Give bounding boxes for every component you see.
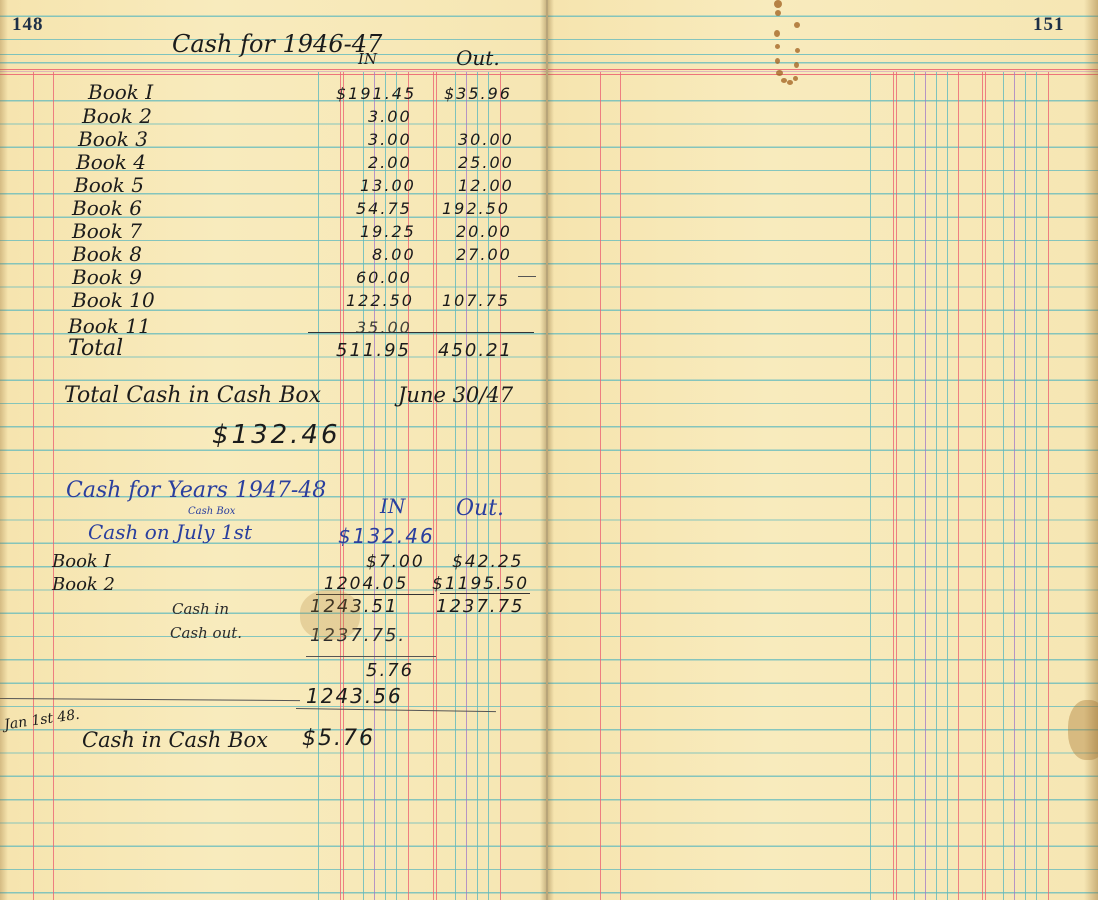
left-page: 148 Cash for 1946-47 IN Out. Book I $191…	[0, 0, 546, 900]
entry-out: 27.00	[456, 245, 512, 264]
entry-in: 35.00	[356, 318, 412, 337]
entry-in: $191.45	[336, 84, 416, 103]
entry-out: $35.96	[444, 84, 512, 103]
entry-out: 25.00	[458, 153, 514, 172]
difference: 5.76	[366, 660, 414, 681]
cash-box-date: June 30/47	[398, 383, 513, 407]
entry-in: 60.00	[356, 268, 412, 287]
entry-in: 13.00	[360, 176, 416, 195]
entry-label: Book 8	[72, 242, 142, 266]
entry-label: Book 3	[78, 127, 148, 151]
entry-in: 2.00	[368, 153, 412, 172]
entry-label: Book 5	[74, 173, 144, 197]
cash-box-amount: $132.46	[212, 420, 341, 450]
opening-insert: Cash Box	[188, 506, 235, 517]
entry-label: Book 2	[82, 104, 152, 128]
entry-out: $1195.50	[432, 574, 529, 594]
entry-out: 20.00	[456, 222, 512, 241]
column-header-out: Out.	[456, 46, 500, 70]
cash-box-note: Total Cash in Cash Box	[64, 383, 321, 408]
section-title: Cash for Years 1947-48	[66, 478, 326, 503]
entry-in: 8.00	[372, 245, 416, 264]
opening-in: $132.46	[338, 524, 435, 548]
calc-label: Cash out.	[170, 624, 242, 642]
entry-in: 3.00	[368, 107, 412, 126]
right-page: 151	[548, 0, 1098, 900]
entry-in: 122.50	[346, 291, 414, 310]
column-header-in: IN	[380, 494, 405, 518]
check-total: 1243.56	[306, 684, 403, 708]
total-out: 450.21	[438, 340, 513, 361]
calc-label: Cash in	[172, 600, 229, 618]
total-in: 511.95	[336, 340, 411, 361]
entry-label: Book I	[88, 80, 153, 104]
column-header-in: IN	[358, 50, 377, 68]
entry-out: 107.75	[442, 291, 510, 310]
entry-out: 30.00	[458, 130, 514, 149]
entry-in: 19.25	[360, 222, 416, 241]
entry-out: $42.25	[452, 552, 523, 572]
entry-label: Book I	[52, 551, 111, 572]
page-number: 151	[1033, 14, 1065, 36]
total-label: Total	[68, 336, 123, 361]
page-number: 148	[12, 14, 44, 36]
ledger-spread: 148 Cash for 1946-47 IN Out. Book I $191…	[0, 0, 1098, 900]
entry-label: Book 6	[72, 196, 142, 220]
entry-label: Book 2	[52, 574, 115, 595]
closing-label: Cash in Cash Box	[82, 728, 268, 752]
entry-label: Book 9	[72, 265, 142, 289]
column-header-out: Out.	[456, 496, 504, 521]
entry-out: 192.50	[442, 199, 510, 218]
entry-label: Book 10	[72, 288, 155, 312]
closing-amount: $5.76	[302, 726, 375, 751]
entry-out: 12.00	[458, 176, 514, 195]
entry-label: Book 7	[72, 219, 142, 243]
totals-out: 1237.75	[436, 596, 524, 617]
entry-label: Book 11	[68, 314, 151, 338]
entry-in: 54.75	[356, 199, 412, 218]
opening-label: Cash on July 1st	[88, 520, 252, 544]
entry-in: $7.00	[366, 552, 425, 572]
entry-label: Book 4	[76, 150, 146, 174]
page-title: Cash for 1946-47	[172, 30, 382, 58]
entry-in: 3.00	[368, 130, 412, 149]
